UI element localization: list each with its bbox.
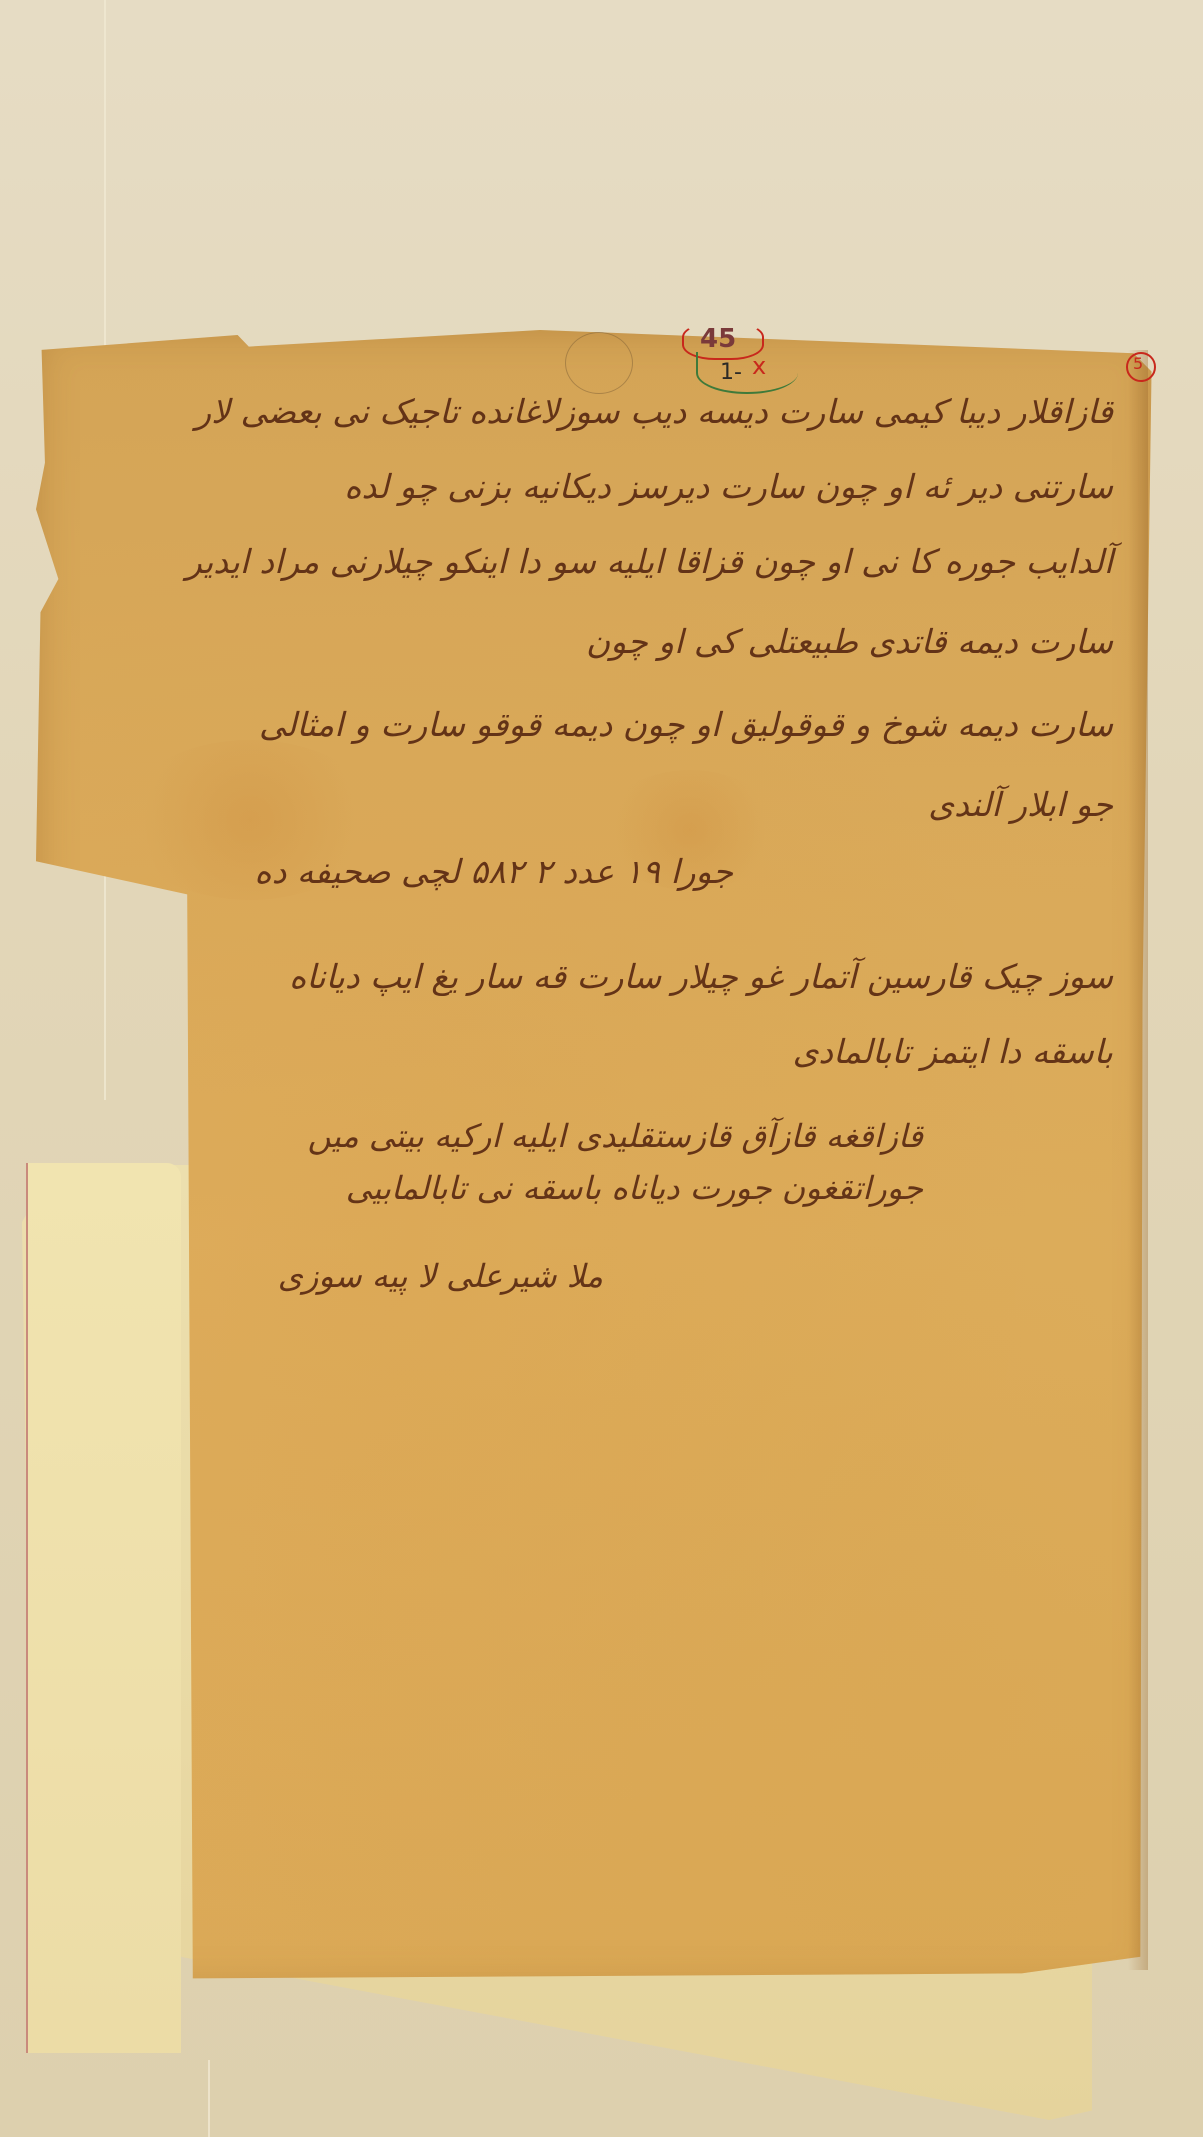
manuscript-line-3: آلدایب جوره کا نی او چون قزاقا ایلیه سو … [186, 545, 1113, 578]
manuscript-line-2: سارتنی دیر ئه او چون سارت دیرسز دیکانیه … [344, 470, 1113, 503]
manuscript-line-9: باسقه دا ایتمز تابالمادی [793, 1035, 1113, 1068]
manuscript-line-5: سارت دیمه شوخ و قوقولیق او چون دیمه قوقو… [259, 708, 1113, 741]
manuscript-line-7: جورا ۱۹ عدد ۲ ۵۸۲ لچی صحیفه ده [254, 855, 733, 888]
catalog-mark: 1- [720, 360, 742, 385]
manuscript-line-11: جوراتقغون جورت دیاناه باسقه نی تابالمابی… [346, 1172, 923, 1204]
manuscript-line-6: جو ابلار آلندی [928, 788, 1113, 821]
manuscript-line-1: قازاقلار دیبا کیمی سارت دیسه دیب سوزلاغا… [195, 395, 1113, 428]
manuscript-line-10: قازاقغه قازآق قازستقلیدی ایلیه ارکیه بیت… [308, 1120, 923, 1152]
manuscript-line-4: سارت دیمه قاتدی طبیعتلی کی او چون [586, 625, 1113, 658]
manuscript-line-12: ملا شیرعلی لا پیه سوزی [278, 1260, 603, 1292]
mount-board-crease-bottom [208, 2060, 210, 2137]
catalog-mark-underline [696, 352, 798, 394]
catalog-cross-mark: x [752, 352, 766, 380]
folio-number: 45 [700, 324, 736, 354]
corner-number: 5 [1133, 354, 1143, 373]
faint-pencil-circle [565, 332, 633, 394]
paper-repair-slip [26, 1163, 181, 2053]
manuscript-line-8: سوز چیک قارسین آتمار غو چیلار سارت قه سا… [289, 960, 1113, 993]
leaf-edge-shadow [1128, 350, 1148, 1970]
